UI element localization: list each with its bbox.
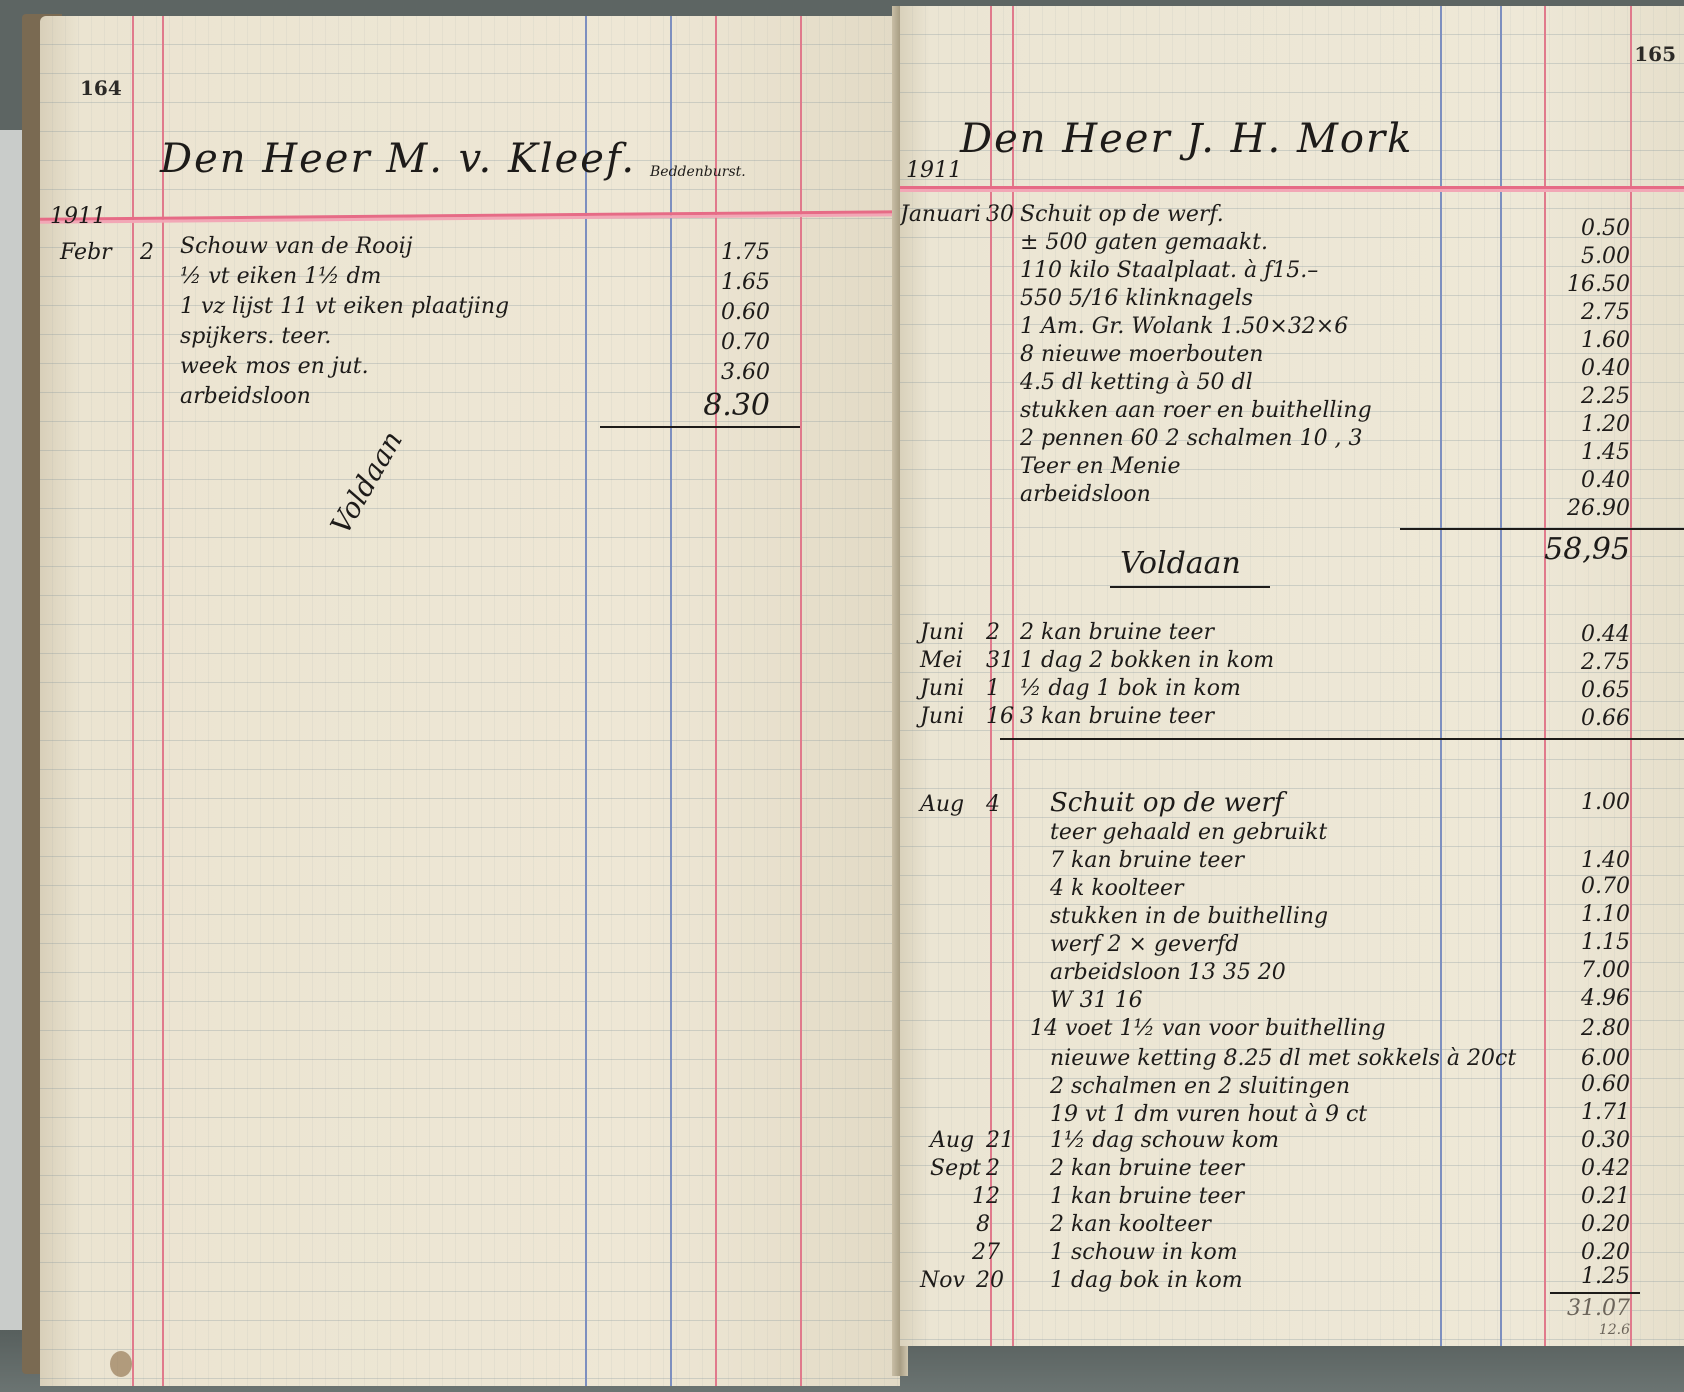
section3-total-note: 12.6 (1520, 1322, 1630, 1338)
entry-month: Sept (930, 1156, 981, 1181)
entry-day: 16 (986, 704, 1014, 729)
page-number: 165 (1634, 42, 1676, 66)
entry-amount: 1.75 (660, 240, 770, 265)
entry-description: Schouw van de Rooij (180, 234, 413, 259)
entry-description: Schuit op de werf (1050, 788, 1283, 818)
entry-day: 31 (986, 648, 1014, 673)
account-header: Den Heer M. v. Kleef. (160, 136, 636, 182)
entry-month: Aug (920, 792, 964, 817)
entry-amount: 2.75 (1520, 650, 1630, 675)
ledger-book: 164 Den Heer M. v. Kleef. Beddenburst. 1… (22, 6, 1684, 1376)
entry-description: 2 pennen 60 2 schalmen 10 , 3 (1020, 426, 1363, 451)
entry-description: stukken in de buithelling (1050, 904, 1328, 929)
entry-amount: 0.21 (1520, 1184, 1630, 1209)
entry-amount: 16.50 (1520, 272, 1630, 297)
entry-description: 4 k koolteer (1050, 876, 1184, 901)
entry-description: W 31 16 (1050, 988, 1143, 1013)
account-header: Den Heer J. H. Mork (960, 116, 1413, 162)
entry-day: 20 (976, 1268, 1004, 1293)
entry-description: 1 dag bok in kom (1050, 1268, 1243, 1293)
entry-description: arbeidsloon (1020, 482, 1151, 507)
entry-amount: 1.45 (1520, 440, 1630, 465)
entry-description: 3 kan bruine teer (1020, 704, 1214, 729)
entry-amount: 0.70 (660, 330, 770, 355)
entry-description: 2 kan bruine teer (1050, 1156, 1244, 1181)
entry-amount: 1.40 (1520, 848, 1630, 873)
entry-amount: 2.80 (1520, 1016, 1630, 1041)
entry-amount: 1.60 (1520, 328, 1630, 353)
entry-day: 21 (986, 1128, 1014, 1153)
entry-month: Nov (920, 1268, 965, 1293)
entry-description: 19 vt 1 dm vuren hout à 9 ct (1050, 1102, 1367, 1127)
header-note: Beddenburst. (650, 164, 746, 180)
entry-amount: 1.00 (1520, 790, 1630, 815)
entry-description: nieuwe ketting 8.25 dl met sokkels à 20c… (1050, 1046, 1516, 1071)
entry-amount: 0.42 (1520, 1156, 1630, 1181)
entry-amount: 0.60 (660, 300, 770, 325)
entry-description: spijkers. teer. (180, 324, 331, 349)
entry-description: ½ vt eiken 1½ dm (180, 264, 381, 289)
entry-amount: 1.20 (1520, 412, 1630, 437)
entry-amount: 6.00 (1520, 1046, 1630, 1071)
entry-description: ± 500 gaten gemaakt. (1020, 230, 1268, 255)
entry-day: 4 (986, 792, 1000, 817)
entry-day: 12 (972, 1184, 1000, 1209)
entry-amount: 2.75 (1520, 300, 1630, 325)
entry-description: 2 schalmen en 2 sluitingen (1050, 1074, 1350, 1099)
entry-amount: 1.15 (1520, 930, 1630, 955)
section3-total: 31.07 (1520, 1296, 1630, 1321)
entry-description: 1 dag 2 bokken in kom (1020, 648, 1274, 673)
section1-total: 58,95 (1520, 532, 1630, 567)
entry-amount: 0.44 (1520, 622, 1630, 647)
entry-amount: 1.10 (1520, 902, 1630, 927)
entry-amount: 0.40 (1520, 356, 1630, 381)
entry-description: 1 kan bruine teer (1050, 1184, 1244, 1209)
entry-amount: 1.25 (1520, 1264, 1630, 1289)
entry-description: arbeidsloon 13 35 20 (1050, 960, 1286, 985)
entry-month: Aug (930, 1128, 974, 1153)
entry-description: arbeidsloon (180, 384, 311, 409)
entry-amount: 0.20 (1520, 1240, 1630, 1265)
entry-description: 7 kan bruine teer (1050, 848, 1244, 873)
entry-day: 27 (972, 1240, 1000, 1265)
entry-amount: 0.50 (1520, 216, 1630, 241)
entry-description: 4.5 dl ketting à 50 dl (1020, 370, 1253, 395)
entry-amount: 0.20 (1520, 1212, 1630, 1237)
entry-month: Januari (900, 202, 981, 227)
entry-month: Febr (60, 240, 112, 265)
entry-amount: 1.65 (660, 270, 770, 295)
page-number: 164 (80, 76, 122, 100)
entry-description: 2 kan bruine teer (1020, 620, 1214, 645)
entry-month: Mei (920, 648, 963, 673)
entry-amount: 0.30 (1520, 1128, 1630, 1153)
entry-description: 1 schouw in kom (1050, 1240, 1238, 1265)
entry-day: 2 (986, 1156, 1000, 1181)
entry-amount: 0.66 (1520, 706, 1630, 731)
entry-description: Schuit op de werf. (1020, 202, 1224, 227)
entry-day: 2 (986, 620, 1000, 645)
entry-description: 1½ dag schouw kom (1050, 1128, 1279, 1153)
entry-description: 14 voet 1½ van voor buithelling (1030, 1016, 1386, 1041)
entry-description: 2 kan koolteer (1050, 1212, 1211, 1237)
entry-amount: 3.60 (660, 360, 770, 385)
entry-amount: 0.65 (1520, 678, 1630, 703)
entry-description: week mos en jut. (180, 354, 369, 379)
entry-description: 1 vz lijst 11 vt eiken plaatjing (180, 294, 509, 319)
entry-description: 550 5/16 klinknagels (1020, 286, 1253, 311)
entry-description: Teer en Menie (1020, 454, 1180, 479)
paid-note: Voldaan (1120, 546, 1241, 581)
entry-day: 1 (986, 676, 1000, 701)
entry-description: ½ dag 1 bok in kom (1020, 676, 1241, 701)
entry-description: teer gehaald en gebruikt (1050, 820, 1327, 845)
entry-description: 1 Am. Gr. Wolank 1.50×32×6 (1020, 314, 1348, 339)
right-page: 165 Den Heer J. H. Mork 1911 Januari 30 … (900, 6, 1684, 1346)
entry-amount: 2.25 (1520, 384, 1630, 409)
entry-amount: 0.70 (1520, 874, 1630, 899)
entry-amount: 7.00 (1520, 958, 1630, 983)
entry-description: 8 nieuwe moerbouten (1020, 342, 1263, 367)
entry-day: 30 (986, 202, 1014, 227)
entry-amount: 4.96 (1520, 986, 1630, 1011)
entry-description: werf 2 × geverfd (1050, 932, 1239, 957)
entry-amount: 5.00 (1520, 244, 1630, 269)
entry-day: 2 (140, 240, 154, 265)
entry-month: Juni (920, 704, 964, 729)
entry-description: 110 kilo Staalplaat. à ƒ15.– (1020, 258, 1318, 283)
entry-month: Juni (920, 676, 964, 701)
entry-amount: 26.90 (1520, 496, 1630, 521)
account-total: 8.30 (660, 388, 770, 423)
entry-amount: 0.60 (1520, 1072, 1630, 1097)
entry-description: stukken aan roer en buithelling (1020, 398, 1372, 423)
year: 1911 (906, 158, 962, 183)
year: 1911 (50, 204, 106, 229)
entry-month: Juni (920, 620, 964, 645)
entry-amount: 1.71 (1520, 1100, 1630, 1125)
entry-amount: 0.40 (1520, 468, 1630, 493)
left-page: 164 Den Heer M. v. Kleef. Beddenburst. 1… (40, 16, 900, 1386)
entry-day: 8 (976, 1212, 990, 1237)
